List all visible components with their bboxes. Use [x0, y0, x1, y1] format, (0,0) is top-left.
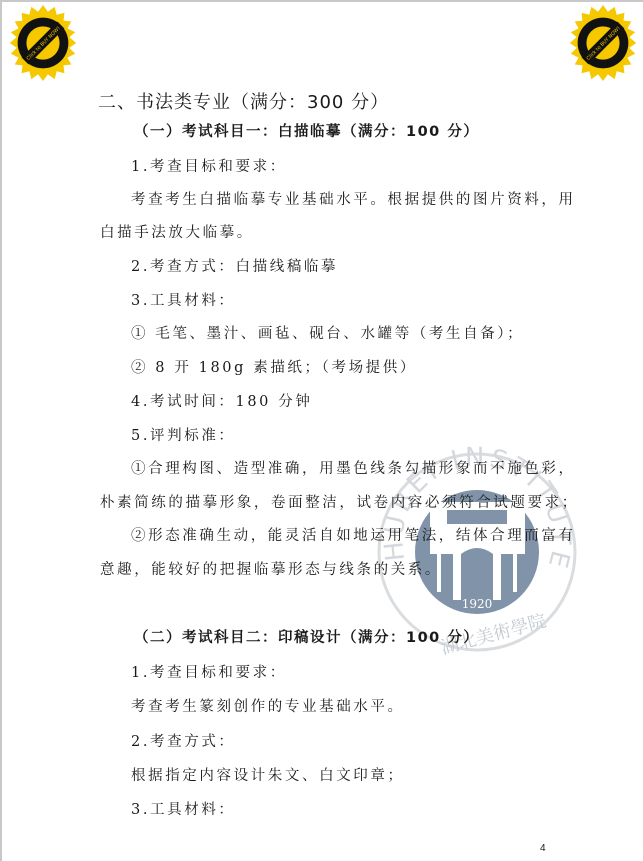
- s1-item-13: 意趣，能较好的把握临摹形态与线条的关系。: [100, 558, 442, 579]
- s1-item-11: 朴素简练的描摹形象，卷面整洁，试卷内容必须符合试题要求；: [100, 491, 579, 512]
- s2-item-3: 2.考查方式：: [131, 730, 236, 751]
- pdf-xchange-buy-now-badge-right[interactable]: Click to BUY NOW!: [564, 4, 642, 82]
- s1-item-10: ①合理构图、造型准确，用墨色线条勾描形象而不施色彩，: [131, 457, 576, 478]
- page-frame-left: [0, 0, 2, 861]
- s1-item-6: ① 毛笔、墨汁、画毡、砚台、水罐等（考生自备）；: [131, 322, 524, 343]
- s2-item-2: 考查考生篆刻创作的专业基础水平。: [131, 695, 405, 716]
- subject-1-title: （一）考试科目一：白描临摹（满分：100 分）: [134, 120, 479, 141]
- section-title: 二、书法类专业（满分：300 分）: [98, 88, 389, 114]
- s2-item-5: 3.工具材料：: [131, 798, 236, 819]
- s1-item-9: 5.评判标准：: [131, 424, 236, 445]
- page-number: 4: [540, 843, 546, 854]
- s1-item-1: 1.考查目标和要求：: [131, 155, 287, 176]
- s1-item-5: 3.工具材料：: [131, 289, 236, 310]
- svg-text:1920: 1920: [462, 597, 493, 611]
- s1-item-8: 4.考试时间：180 分钟: [131, 390, 312, 411]
- s1-item-4: 2.考查方式：白描线稿临摹: [131, 255, 338, 276]
- pdf-xchange-buy-now-badge-left[interactable]: Click to BUY NOW!: [4, 4, 82, 82]
- s1-item-12: ②形态准确生动，能灵活自如地运用笔法，结体合理而富有: [131, 524, 576, 545]
- subject-2-title: （二）考试科目二：印稿设计（满分：100 分）: [134, 626, 479, 647]
- s2-item-4: 根据指定内容设计朱文、白文印章；: [131, 764, 405, 785]
- s1-item-7: ② 8 开 180g 素描纸；（考场提供）: [131, 356, 417, 377]
- s2-item-1: 1.考查目标和要求：: [131, 661, 287, 682]
- s1-item-3: 白描手法放大临摹。: [100, 221, 254, 242]
- s1-item-2: 考查考生白描临摹专业基础水平。根据提供的图片资料，用: [131, 188, 576, 209]
- page-frame-top: [0, 0, 643, 2]
